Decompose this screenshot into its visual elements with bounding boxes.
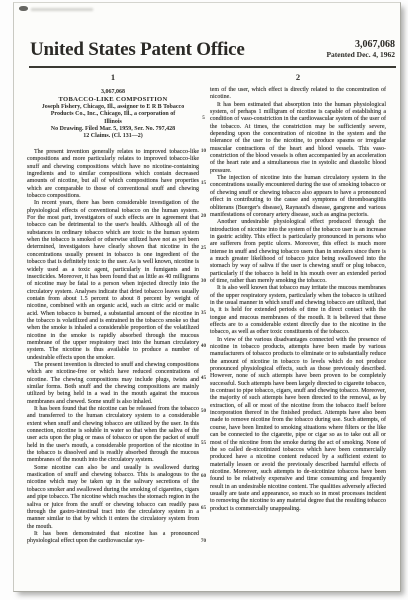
column-2-text: tem of the user, which effect is directl… [210, 87, 386, 513]
inventor-line: Joseph Fishery, Chicago, Ill., assignor … [27, 104, 199, 111]
patent-title: TOBACCO-LIKE COMPOSITION [27, 96, 199, 104]
line-number: 60 [199, 473, 208, 506]
header-patent-info: 3,067,068 Patented Dec. 4, 1962 [326, 39, 395, 59]
claims-line: 12 Claims. (Cl. 131—2) [27, 133, 199, 140]
patent-number: 3,067,068 [326, 39, 395, 50]
line-number: 35 [199, 310, 208, 343]
paragraph: It has been estimated that absorption in… [210, 102, 386, 175]
patent-page: United States Patent Office 3,067,068 Pa… [13, 2, 401, 592]
patent-office-title: United States Patent Office [30, 39, 245, 61]
heading-patent-number: 3,067,068 [27, 89, 199, 96]
line-number: 30 [199, 278, 208, 311]
inventor-line: Products Co., Inc., Chicago, Ill., a cor… [27, 111, 199, 118]
patent-heading-block: 3,067,068 TOBACCO-LIKE COMPOSITION Josep… [27, 89, 199, 140]
column-1-text: The present invention generally relates … [27, 149, 199, 546]
paragraph: In view of the various disadvantages con… [210, 337, 386, 513]
column-1-number: 1 [103, 72, 123, 82]
patent-date: Patented Dec. 4, 1962 [326, 50, 395, 59]
paragraph: In recent years, there has been consider… [27, 200, 199, 362]
line-number: 40 [199, 343, 208, 376]
line-number: 70 [199, 538, 208, 571]
paragraph: The injection of nicotine into the human… [210, 175, 386, 219]
line-number: 5 [199, 115, 208, 148]
line-number: 20 [199, 213, 208, 246]
line-number: 25 [199, 245, 208, 278]
paragraph: Another undesirable physiological effect… [210, 219, 386, 285]
inventor-line: Illinois [27, 119, 199, 126]
paragraph: The present invention generally relates … [27, 149, 199, 200]
paragraph: tem of the user, which effect is directl… [210, 87, 386, 102]
line-number: 50 [199, 408, 208, 441]
scan-artifact-streak [31, 8, 93, 11]
filing-line: No Drawing. Filed Mar. 5, 1959, Ser. No.… [27, 126, 199, 133]
paragraph: It is also well known that tobacco may i… [210, 285, 386, 336]
scan-artifact-blob [19, 6, 28, 11]
line-number: 45 [199, 375, 208, 408]
line-number: 65 [199, 505, 208, 538]
header-divider [29, 66, 396, 68]
paragraph: Some nicotine can also be and usually is… [27, 465, 199, 531]
column-2-number: 2 [288, 72, 308, 82]
line-number: 55 [199, 440, 208, 473]
paragraph: The present invention is directed to snu… [27, 362, 199, 406]
paragraph: It has been demonstrated that nicotine h… [27, 531, 199, 546]
margin-line-numbers: 510152025303540455055606570 [199, 115, 208, 570]
line-number: 10 [199, 148, 208, 181]
paragraph: It has been found that the nicotine can … [27, 406, 199, 465]
line-number: 15 [199, 180, 208, 213]
